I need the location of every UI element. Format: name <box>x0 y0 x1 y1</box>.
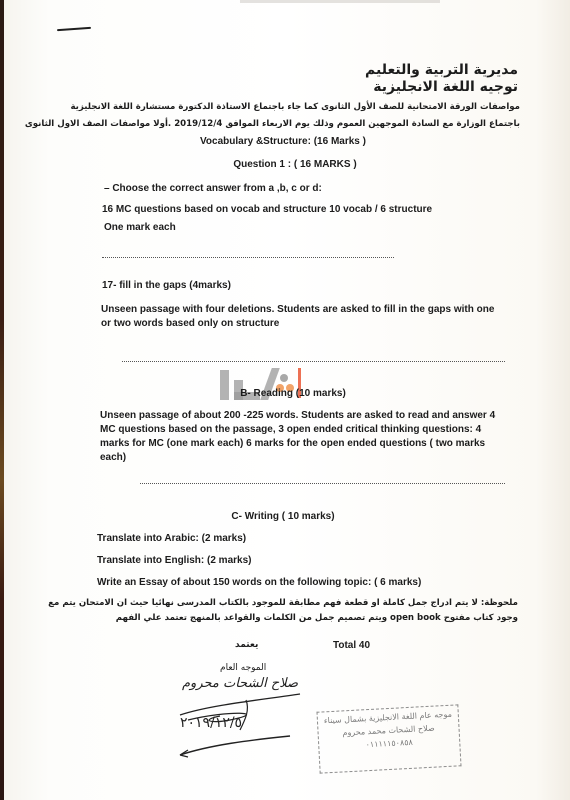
spec-header-line2: باجتماع الوزارة مع السادة الموجهين العمو… <box>25 119 520 129</box>
writing-item-arabic: Translate into Arabic: (2 marks) <box>97 533 246 544</box>
org-department: توجيه اللغة الانجليزية <box>373 79 518 95</box>
approve-label: يعتمد <box>235 640 258 650</box>
section-b-title: B- Reading (10 marks) <box>0 388 570 399</box>
divider-dots <box>122 361 505 362</box>
note-line1: ملحوظة: لا يتم ادراج جمل كاملة او قطعة ف… <box>48 598 518 608</box>
handwritten-signature: صلاح الشحات محروم <box>182 676 298 691</box>
writing-item-english: Translate into English: (2 marks) <box>97 555 251 566</box>
question-1-title: Question 1 : ( 16 MARKS ) <box>0 159 570 170</box>
mc-detail: 16 MC questions based on vocab and struc… <box>102 204 432 215</box>
q17-title: 17- fill in the gaps (4marks) <box>102 280 231 291</box>
writing-item-essay: Write an Essay of about 150 words on the… <box>97 577 421 588</box>
page-shadow <box>240 0 440 3</box>
org-directorate: مديرية التربية والتعليم <box>365 62 518 78</box>
note-line2: وجود كتاب مفتوح open book ويتم تصميم جمل… <box>116 613 518 623</box>
official-stamp: موجه عام اللغة الانجليزية بشمال سيناء صل… <box>316 704 461 773</box>
q17-detail: Unseen passage with four deletions. Stud… <box>101 303 496 331</box>
spec-header-line1: مواصفات الورقة الامتحانية للصف الأول الث… <box>70 102 520 112</box>
reading-detail: Unseen passage of about 200 -225 words. … <box>100 409 505 465</box>
marks-each: One mark each <box>104 222 176 233</box>
section-a-title: Vocabulary &Structure: (16 Marks ) <box>0 136 566 147</box>
instruction-text: – Choose the correct answer from a ,b, c… <box>104 183 322 194</box>
section-c-title: C- Writing ( 10 marks) <box>0 511 566 522</box>
signature-date: ٢٠١٩/١٢/٥ <box>180 715 242 731</box>
supervisor-title: الموجه العام <box>220 663 266 673</box>
total-marks: Total 40 <box>333 640 370 651</box>
divider-dots <box>140 483 505 484</box>
divider-dots <box>102 257 394 258</box>
